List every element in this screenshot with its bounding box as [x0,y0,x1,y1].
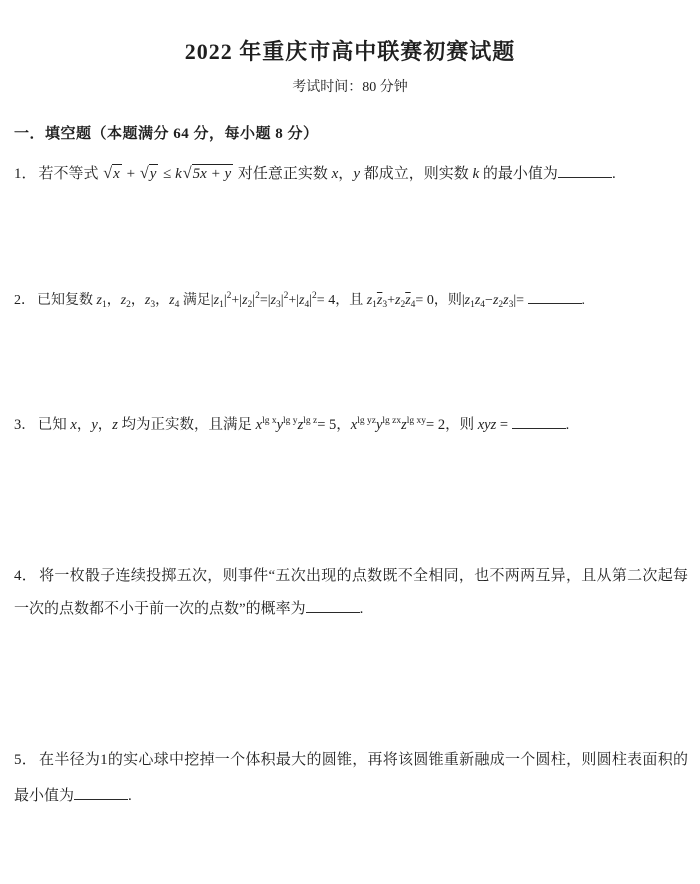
question-2-body: 已知复数 z1，z2，z3，z4 满足|z1|2+|z2|2=|z3|2+|z4… [37,293,585,308]
answer-blank [74,787,128,800]
question-2: 2．已知复数 z1，z2，z3，z4 满足|z1|2+|z2|2=|z3|2+|… [14,286,688,316]
math-text: 对任意正实数 [234,166,332,182]
math-superscript: lg x [262,416,277,426]
math-text: ， [338,166,353,182]
question-3-body: 已知 x，y，z 均为正实数，且满足 xlg xylg yzlg z= 5，xl… [38,417,570,433]
answer-blank [528,291,582,304]
question-1-number: 1． [14,166,39,182]
math-var: y [353,166,360,182]
math-var: k [175,166,182,182]
math-text: . [612,166,616,182]
radicand: y [149,164,159,184]
math-text: . [566,417,570,433]
question-4-number: 4． [14,568,39,584]
question-1: 1．若不等式 √x + √y ≤ k√5x + y 对任意正实数 x，y 都成立… [14,158,688,189]
math-text: . [128,788,132,804]
math-text: + [387,293,395,308]
math-superscript: lg zx [382,416,401,426]
math-text: . [582,293,586,308]
math-var: xyz [478,417,497,433]
question-5: 5．在半径为1的实心球中挖掉一个体积最大的圆锥，再将该圆锥重新融成一个圆柱，则圆… [14,742,688,814]
math-text: 都成立，则实数 [360,166,473,182]
math-text: ， [98,417,113,433]
math-text: 已知复数 [37,293,97,308]
math-text: ， [131,293,145,308]
math-text: 满足| [179,293,213,308]
math-text: = 5， [317,417,351,433]
answer-blank [306,600,360,613]
question-5-body: 在半径为1的实心球中挖掉一个体积最大的圆锥，再将该圆锥重新融成一个圆柱，则圆柱表… [14,752,688,804]
math-text: ， [107,293,121,308]
question-1-body: 若不等式 √x + √y ≤ k√5x + y 对任意正实数 x，y 都成立，则… [39,166,616,182]
sqrt-expression: √x [102,166,123,182]
question-3-number: 3． [14,417,38,433]
math-text: +| [231,293,242,308]
question-4-body: 将一枚骰子连续投掷五次，则事件“五次出现的点数既不全相同，也不两两互异，且从第二… [14,568,688,617]
math-text: 已知 [38,417,71,433]
math-superscript: lg y [283,416,298,426]
math-superscript: lg xy [407,416,426,426]
radical-sign-icon: √ [140,164,149,182]
math-text: ， [77,417,92,433]
radicand: x [112,164,122,184]
math-text: 的最小值为 [479,166,558,182]
math-text: − [485,293,493,308]
question-3: 3．已知 x，y，z 均为正实数，且满足 xlg xylg yzlg z= 5，… [14,410,688,440]
question-2-number: 2． [14,293,37,308]
radical-sign-icon: √ [183,164,192,182]
radicand: 5x + y [192,164,233,184]
math-text: + [123,166,139,182]
question-5-number: 5． [14,752,39,768]
sqrt-expression: √y [139,166,160,182]
exam-paper-page: 2022 年重庆市高中联赛初赛试题 考试时间：80 分钟 一．填空题（本题满分 … [0,0,700,884]
math-superscript: lg z [303,416,317,426]
math-text: = 4，且 [317,293,367,308]
math-text: 均为正实数，且满足 [118,417,256,433]
math-text: = 2，则 [426,417,478,433]
exam-duration-text: 考试时间：80 分钟 [0,76,700,96]
answer-blank [558,165,612,178]
question-4: 4．将一枚骰子连续投掷五次，则事件“五次出现的点数既不全相同，也不两两互异，且从… [14,560,688,626]
math-text: ≤ [159,166,175,182]
math-text: =| [260,293,271,308]
math-text: +| [288,293,299,308]
section-heading: 一．填空题（本题满分 64 分，每小题 8 分） [14,122,319,143]
math-text: 若不等式 [39,166,103,182]
radical-sign-icon: √ [103,164,112,182]
math-text: = [496,417,511,433]
math-superscript: lg yz [357,416,376,426]
math-text: . [360,601,364,617]
math-text: = 0，则| [415,293,464,308]
math-text: |= [513,293,527,308]
sqrt-expression: √5x + y [182,166,234,182]
math-text: ， [155,293,169,308]
page-title: 2022 年重庆市高中联赛初赛试题 [0,35,700,66]
answer-blank [512,416,566,429]
